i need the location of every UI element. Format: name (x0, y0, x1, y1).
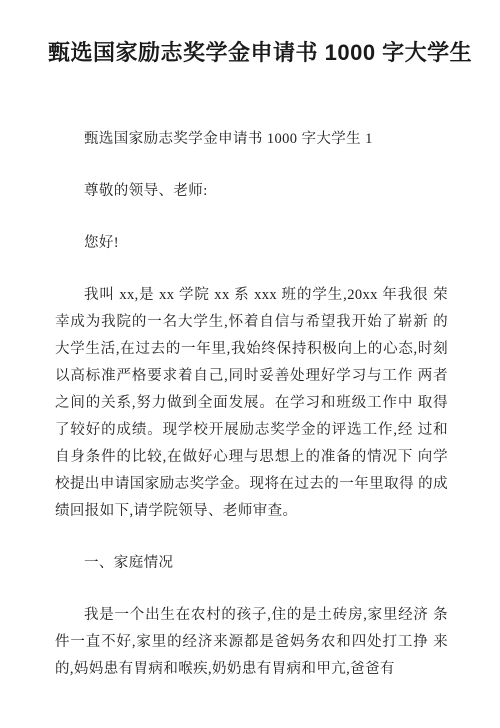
greeting-line: 您好! (55, 230, 448, 257)
document-page-body: 甄选国家励志奖学金申请书 1000 字大学生 甄选国家励志奖学金申请书 1000… (0, 0, 500, 728)
document-page: { "colors": { "text": "#1e1e1e", "backgr… (0, 0, 500, 728)
document-subtitle: 甄选国家励志奖学金申请书 1000 字大学生 1 (55, 126, 448, 153)
family-situation-paragraph: 我是一个出生在农村的孩子,住的是土砖房,家里经济 条件一直不好,家里的经济来源都… (55, 602, 448, 683)
section-heading-family-situation: 一、家庭情况 (55, 550, 448, 577)
salutation-line: 尊敬的领导、老师: (55, 178, 448, 205)
intro-paragraph: 我叫 xx,是 xx 学院 xx 系 xxx 班的学生,20xx 年我很 荣幸成… (55, 282, 448, 525)
document-title: 甄选国家励志奖学金申请书 1000 字大学生 (48, 38, 448, 68)
